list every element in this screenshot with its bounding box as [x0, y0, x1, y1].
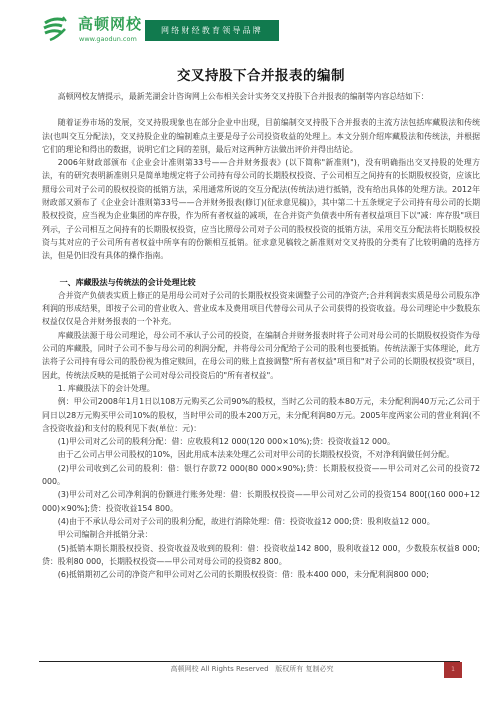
journal-entry: (5)抵销本期长期股权投资、投资收益及收到的股利：借：投资收益142 800，股… — [42, 542, 480, 569]
logo-swoosh-icon — [42, 15, 70, 43]
page-header: 高顿网校 www.gaodun.com 网络财经教育领导品牌 — [0, 0, 504, 52]
article-title: 交叉持股下合并报表的编制 — [42, 64, 480, 84]
section-heading: 一、库藏股法与传统法的会计处理比较 — [42, 276, 480, 289]
paragraph: 2006年财政部颁布《企业会计准则第33号——合并财务报表》(以下简称"新准则"… — [42, 156, 480, 262]
example-paragraph: 例：甲公司2008年1月1日以108万元购买乙公司90%的股权，当时乙公司的股本… — [42, 395, 480, 435]
page-number-badge: 1 — [444, 662, 462, 678]
article: 交叉持股下合并报表的编制 高顿网校友情提示，最新芜湖会计咨询网上公布相关会计实务… — [42, 64, 480, 581]
paragraph: 随着证券市场的发展，交叉持股现象也在部分企业中出现，目前编制交叉持股下合并报表的… — [42, 116, 480, 156]
footer-divider — [39, 661, 460, 662]
paragraph: 由于乙公司占甲公司股权的10%，因此用成本法来处理乙公司对甲公司的长期股权投资，… — [42, 448, 480, 461]
journal-entry: (2)甲公司收到乙公司的股利：借：银行存款72 000(80 000×90%);… — [42, 462, 480, 489]
journal-entry: (6)抵销期初乙公司的净资产和甲公司对乙公司的长期股权投资：借：股本400 00… — [42, 568, 480, 581]
journal-entry: (3)甲公司对乙公司净利润的份额进行账务处理：借：长期股权投资——甲公司对乙公司… — [42, 488, 480, 515]
journal-entry: (1)甲公司对乙公司的股利分配：借：应收股利12 000(120 000×10%… — [42, 435, 480, 448]
journal-entry: (4)由于不承认母公司对子公司的股利分配，故进行消除处理：借：投资收益12 00… — [42, 515, 480, 528]
paragraph: 合并资产负债表实质上修正的是用母公司对子公司的长期股权投资来调整子公司的净资产;… — [42, 289, 480, 329]
intro-paragraph: 高顿网校友情提示，最新芜湖会计咨询网上公布相关会计实务交叉持股下合并报表的编制等… — [42, 90, 480, 103]
logo-url: www.gaodun.com — [79, 35, 137, 43]
footer-copyright: 高顿网校 All Rights Reserved 版权所有 复制必究 — [0, 664, 504, 674]
paragraph: 甲公司编制合并抵销分录： — [42, 528, 480, 541]
slogan-banner: 网络财经教育领导品牌 — [145, 20, 279, 41]
gaodun-logo[interactable]: 高顿网校 www.gaodun.com — [42, 13, 142, 45]
subheading: 1. 库藏股法下的会计处理。 — [42, 382, 480, 395]
paragraph: 库藏股法源于母公司理论，母公司不承认子公司的投资，在编制合并财务报表时将子公司对… — [42, 329, 480, 382]
logo-name: 高顿网校 — [78, 13, 142, 34]
